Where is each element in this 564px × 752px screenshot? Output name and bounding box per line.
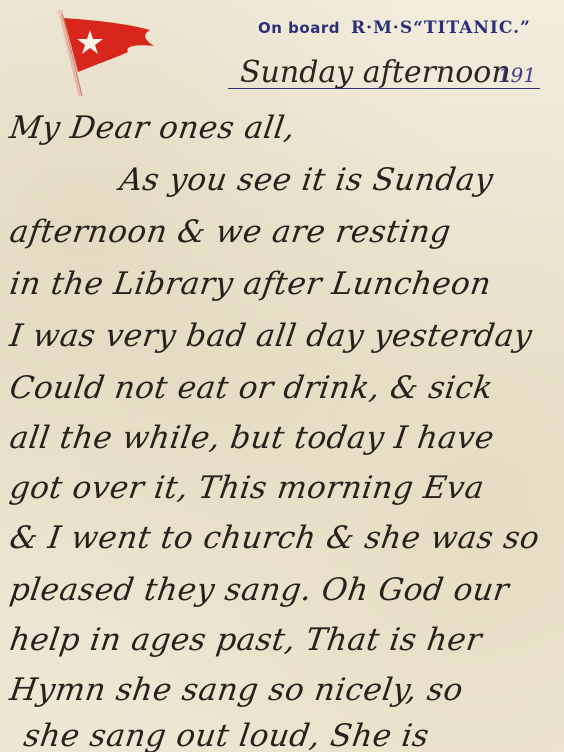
letter-line: My Dear ones all,: [7, 110, 297, 146]
letter-line: Could not eat or drink, & sick: [7, 370, 495, 406]
letter-line: all the while, but today I have: [7, 420, 496, 456]
letter-line: help in ages past, That is her: [7, 622, 484, 658]
letter-line: As you see it is Sunday: [117, 162, 495, 198]
date-text: Sunday afternoon: [240, 55, 511, 90]
letter-line: & I went to church & she was so: [7, 520, 541, 556]
date-line: Sunday afternoon 191: [228, 58, 540, 89]
white-star-flag-icon: [50, 6, 165, 98]
letter-line: pleased they sang. Oh God our: [7, 572, 511, 608]
letter-line: in the Library after Luncheon: [7, 266, 493, 302]
letter-line: I was very bad all day yesterday: [7, 318, 534, 354]
letterhead-prefix: On board: [258, 19, 340, 37]
letter-line: she sang out loud, She is: [21, 718, 431, 752]
letter-line: afternoon & we are resting: [7, 214, 453, 250]
printed-year: 191: [498, 60, 536, 90]
letter-line: got over it, This morning Eva: [7, 470, 486, 506]
ship-name: R·M·S“TITANIC.”: [351, 18, 531, 38]
letterhead: On board R·M·S“TITANIC.”: [258, 18, 531, 38]
letter-line: Hymn she sang so nicely, so: [7, 672, 465, 708]
